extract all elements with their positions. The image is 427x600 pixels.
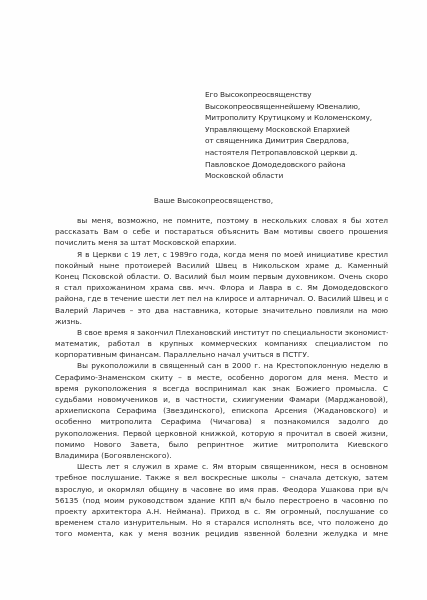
text-line: Конец Псковской области. О. Василий был … — [55, 271, 388, 282]
text-line: я стал прихожанином храма свв. мчч. Флор… — [55, 282, 388, 293]
text-line: рассказать Вам о себе и постараться объя… — [55, 226, 388, 237]
text-line: судьбами новомучеников и, в частности, с… — [55, 394, 388, 405]
text-line: Я в Церкви с 19 лет, с 1989го года, когд… — [55, 249, 388, 260]
text-line: взрослую, и окормлял общину в часовне во… — [55, 484, 388, 495]
address-line: Высокопреосвященнейшему Ювеналию, — [205, 101, 372, 113]
text-line: помимо Нового Завета, было репринтное жи… — [55, 439, 388, 450]
paragraph: Вы рукоположили в священный сан в 2000 г… — [55, 360, 388, 461]
text-line: Шесть лет я служил в храме с. Ям вторым … — [55, 461, 388, 472]
text-line: временем стало изнурительным. Но я стара… — [55, 517, 388, 528]
paragraph: Я в Церкви с 19 лет, с 1989го года, когд… — [55, 249, 388, 327]
text-line: математик, работал в крупных коммерчески… — [55, 338, 388, 349]
text-line: время рукоположения я всегда воспринимал… — [55, 383, 388, 394]
text-line: 56135 (под моим руководством здание КПП … — [55, 495, 388, 506]
text-line: особенно митрополита Серафима (Чичагова)… — [55, 416, 388, 427]
text-line: того момента, как у меня возник рецидив … — [55, 528, 388, 539]
paragraph: вы меня, возможно, не помните, поэтому в… — [55, 215, 388, 249]
address-line: Управляющему Московской Епархией — [205, 124, 372, 136]
address-line: Митрополиту Крутицкому и Коломенскому, — [205, 112, 372, 124]
text-line: покойный ныне протоиерей Василий Швец в … — [55, 260, 388, 271]
text-line: вы меня, возможно, не помните, поэтому в… — [55, 215, 388, 226]
text-line: В свое время я закончил Плехановский инс… — [55, 327, 388, 338]
text-line: корпоративным финансам. Параллельно нача… — [55, 349, 388, 360]
address-line: настоятеля Петропавловской церкви д. — [205, 147, 372, 159]
salutation: Ваше Высокопреосвященство, — [0, 195, 427, 206]
letter-body: вы меня, возможно, не помните, поэтому в… — [55, 215, 388, 539]
text-line: Владимира (Богоявленского). — [55, 450, 388, 461]
text-line: почислить меня за штат Московской епархи… — [55, 237, 388, 248]
letter-page: Его Высокопреосвященству Высокопреосвяще… — [0, 0, 427, 600]
address-line: Его Высокопреосвященству — [205, 89, 372, 101]
address-block: Его Высокопреосвященству Высокопреосвяще… — [205, 89, 372, 182]
paragraph: Шесть лет я служил в храме с. Ям вторым … — [55, 461, 388, 539]
text-line: архиепископа Серафима (Звездинского), еп… — [55, 405, 388, 416]
text-line: рукоположения. Первой церковной книжкой,… — [55, 428, 388, 439]
text-line: жизнь. — [55, 316, 388, 327]
text-line: района, где в течение шести лет пел на к… — [55, 293, 388, 304]
text-line: Серафимо-Знаменском скиту – в месте, осо… — [55, 372, 388, 383]
text-line: Валерий Ларичев – это два наставника, ко… — [55, 305, 388, 316]
text-line: проекту архитектора А.Н. Неймана). Прихо… — [55, 506, 388, 517]
address-line: Московской области — [205, 170, 372, 182]
address-line: от священника Димитрия Свердлова, — [205, 135, 372, 147]
paragraph: В свое время я закончил Плехановский инс… — [55, 327, 388, 361]
address-line: Павловское Домодедовского района — [205, 159, 372, 171]
text-line: требное послушание. Также я вел воскресн… — [55, 472, 388, 483]
text-line: Вы рукоположили в священный сан в 2000 г… — [55, 360, 388, 371]
